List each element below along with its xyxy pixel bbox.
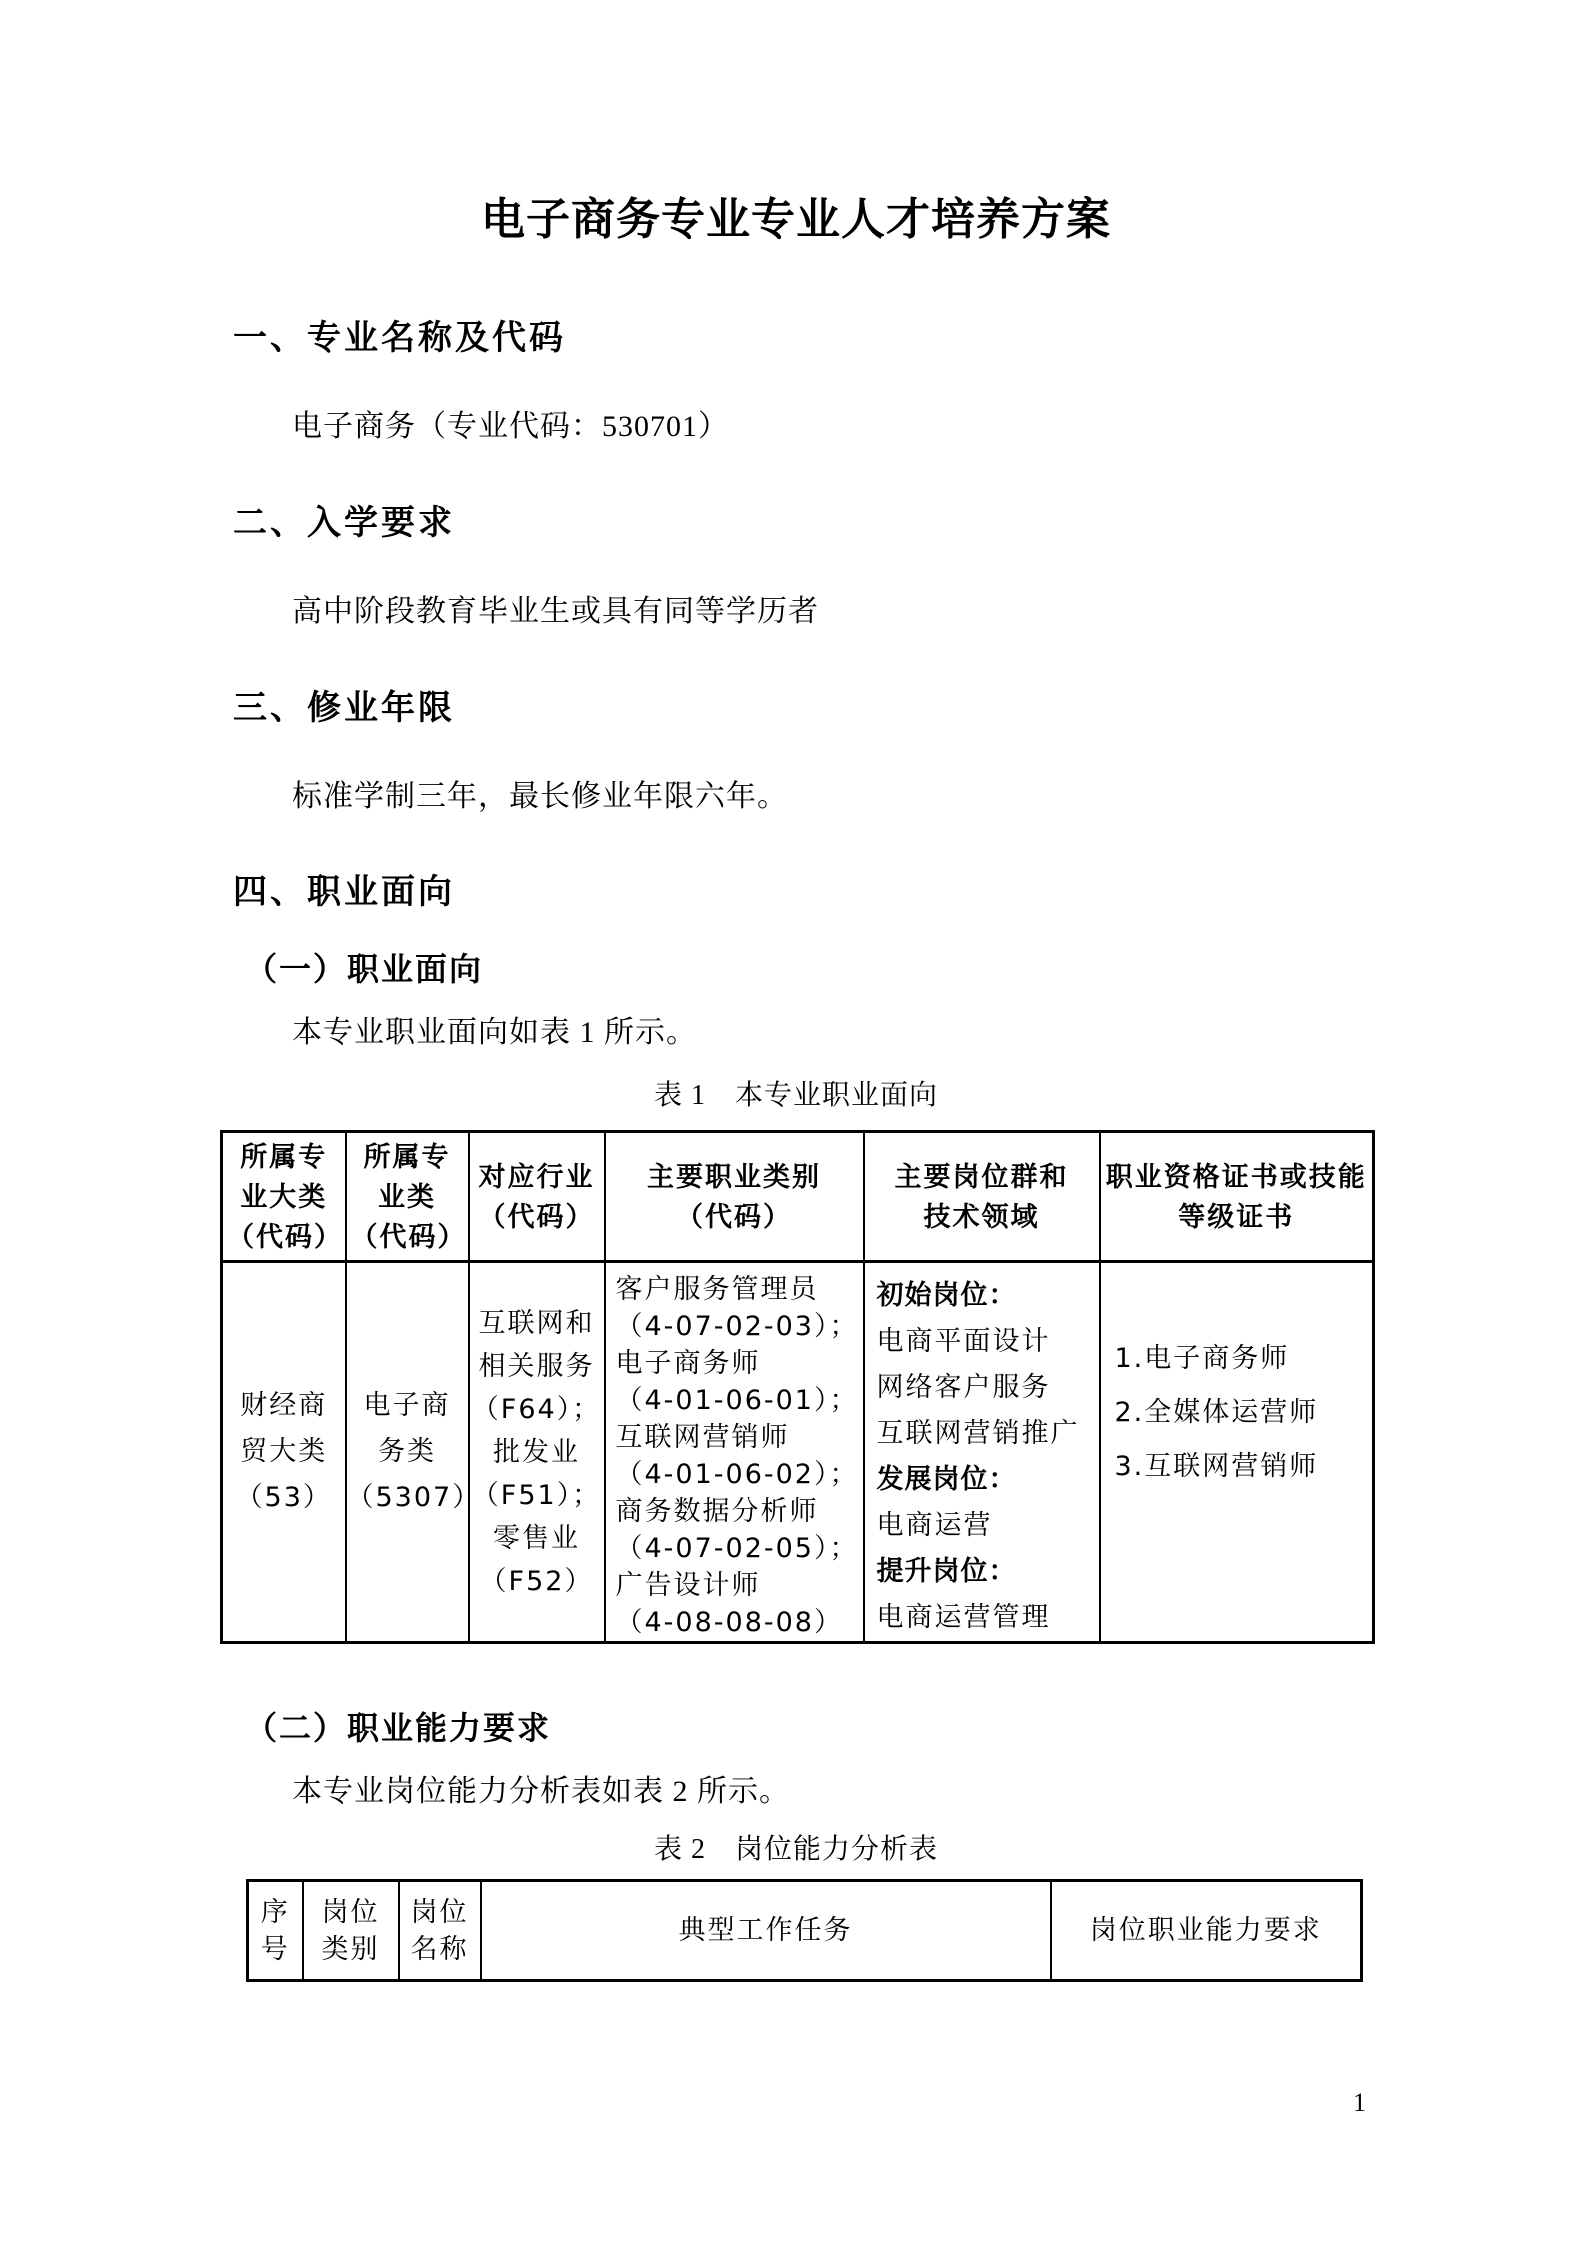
- table1-data-row: 财经商 贸大类 （53） 电子商 务类 （5307） 互联网和 相关服务 （F6…: [222, 1262, 1374, 1643]
- post-group-label: 发展岗位：: [877, 1457, 1097, 1503]
- t1-header-certificate: 职业资格证书或技能 等级证书: [1100, 1132, 1374, 1262]
- subsection-1-body: 本专业职业面向如表 1 所示。: [292, 1013, 1372, 1053]
- certificate-item: 1.电子商务师: [1115, 1341, 1371, 1377]
- page-number: 1: [220, 2087, 1372, 2119]
- table2-caption: 表 2 岗位能力分析表: [220, 1832, 1372, 1868]
- t1-header-major-category: 所属专 业大类 （代码）: [222, 1132, 346, 1262]
- t1-header-post-group: 主要岗位群和 技术领域: [864, 1132, 1100, 1262]
- document-page: 电子商务专业专业人才培养方案 一、专业名称及代码 电子商务（专业代码：53070…: [0, 0, 1587, 2245]
- section-1-heading: 一、专业名称及代码: [233, 318, 1372, 358]
- table1-header-row: 所属专 业大类 （代码） 所属专 业类 （代码） 对应行业 （代码） 主要职业类…: [222, 1132, 1374, 1262]
- table1-caption: 表 1 本专业职业面向: [220, 1078, 1372, 1114]
- table1-career-orientation: 所属专 业大类 （代码） 所属专 业类 （代码） 对应行业 （代码） 主要职业类…: [220, 1130, 1375, 1644]
- t1-header-occupation: 主要职业类别 （代码）: [605, 1132, 864, 1262]
- table2-ability-analysis: 序 号 岗位 类别 岗位 名称 典型工作任务 岗位职业能力要求: [246, 1879, 1363, 1982]
- document-content: 电子商务专业专业人才培养方案 一、专业名称及代码 电子商务（专业代码：53070…: [220, 0, 1372, 2119]
- t2-header-ability-requirements: 岗位职业能力要求: [1051, 1881, 1362, 1981]
- t2-header-typical-tasks: 典型工作任务: [481, 1881, 1051, 1981]
- post-group-label: 初始岗位：: [877, 1273, 1097, 1319]
- t1-header-industry: 对应行业 （代码）: [469, 1132, 605, 1262]
- t1-header-major-class: 所属专 业类 （代码）: [346, 1132, 469, 1262]
- section-2-heading: 二、入学要求: [233, 503, 1372, 543]
- doc-title: 电子商务专业专业人才培养方案: [220, 0, 1372, 245]
- post-group-label: 提升岗位：: [877, 1549, 1097, 1595]
- subsection-2-body: 本专业岗位能力分析表如表 2 所示。: [292, 1772, 1372, 1812]
- post-group-items: 电商运营管理: [877, 1595, 1097, 1641]
- section-3-body: 标准学制三年，最长修业年限六年。: [292, 777, 1372, 817]
- t2-header-post-category: 岗位 类别: [303, 1881, 399, 1981]
- t1-cell-certificates: 1.电子商务师 2.全媒体运营师 3.互联网营销师: [1100, 1262, 1374, 1643]
- t1-cell-occupations: 客户服务管理员 （4-07-02-03）； 电子商务师 （4-01-06-01）…: [605, 1262, 864, 1643]
- section-2-body: 高中阶段教育毕业生或具有同等学历者: [292, 592, 1372, 632]
- subsection-1-heading: （一）职业面向: [245, 950, 1372, 988]
- section-4-heading: 四、职业面向: [233, 872, 1372, 912]
- section-1-body: 电子商务（专业代码：530701）: [292, 407, 1372, 447]
- subsection-2-heading: （二）职业能力要求: [245, 1709, 1372, 1747]
- certificate-item: 2.全媒体运营师: [1115, 1395, 1371, 1431]
- t1-cell-industries: 互联网和 相关服务 （F64）； 批发业 （F51）； 零售业 （F52）: [469, 1262, 605, 1643]
- t1-cell-major-class: 电子商 务类 （5307）: [346, 1262, 469, 1643]
- section-3-heading: 三、修业年限: [233, 688, 1372, 728]
- post-group-items: 电商运营: [877, 1503, 1097, 1549]
- t1-cell-major-category: 财经商 贸大类 （53）: [222, 1262, 346, 1643]
- t2-header-post-name: 岗位 名称: [399, 1881, 481, 1981]
- certificate-item: 3.互联网营销师: [1115, 1449, 1371, 1485]
- t1-cell-posts: 初始岗位： 电商平面设计 网络客户服务 互联网营销推广 发展岗位： 电商运营 提…: [864, 1262, 1100, 1643]
- t2-header-index: 序 号: [248, 1881, 303, 1981]
- table2-header-row: 序 号 岗位 类别 岗位 名称 典型工作任务 岗位职业能力要求: [248, 1881, 1362, 1981]
- post-group-items: 电商平面设计 网络客户服务 互联网营销推广: [877, 1319, 1097, 1457]
